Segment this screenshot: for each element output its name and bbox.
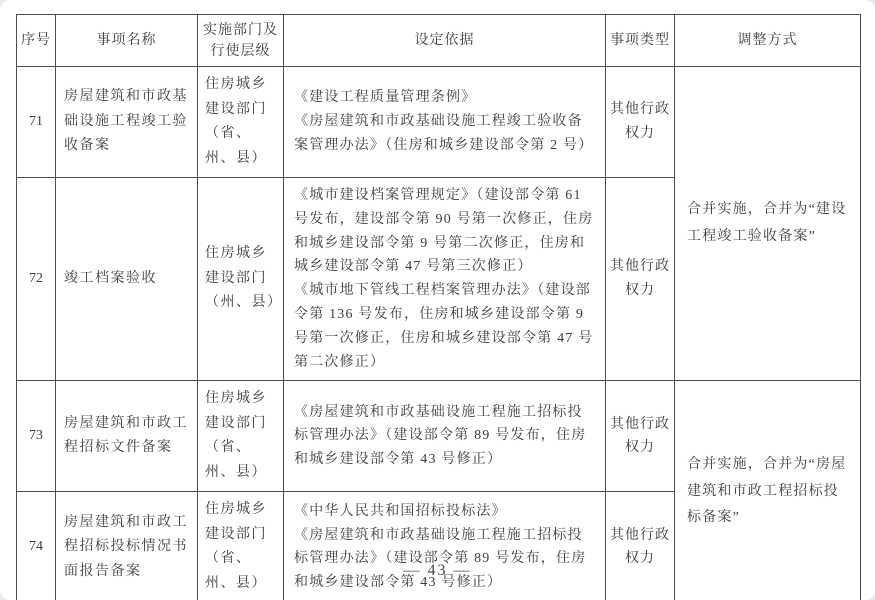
cell-department: 住房城乡建设部门（州、县）	[198, 178, 284, 381]
cell-item-name: 房屋建筑和市政工程招标文件备案	[56, 381, 198, 492]
legal-basis-line: 《中华人民共和国招标投标法》	[294, 500, 595, 524]
table-row: 71 房屋建筑和市政基础设施工程竣工验收备案 住房城乡建设部门（省、州、县） 《…	[17, 67, 861, 178]
header-serial-number: 序号	[17, 15, 56, 67]
cell-serial-number: 72	[17, 178, 56, 381]
cell-legal-basis: 《房屋建筑和市政基础设施工程施工招标投标管理办法》（建设部令第 89 号发布，住…	[284, 381, 606, 492]
cell-item-name: 竣工档案验收	[56, 178, 198, 381]
cell-serial-number: 71	[17, 67, 56, 178]
legal-basis-line: 《城市建设档案管理规定》（建设部令第 61 号发布，建设部令第 90 号第一次修…	[294, 184, 595, 279]
legal-basis-line: 《房屋建筑和市政基础设施工程施工招标投标管理办法》（建设部令第 89 号发布，住…	[294, 524, 595, 595]
cell-item-type: 其他行政权力	[606, 381, 675, 492]
page-number: — 43 —	[0, 562, 875, 580]
cell-item-type: 其他行政权力	[606, 492, 675, 600]
legal-basis-line: 《房屋建筑和市政基础设施工程竣工验收备案管理办法》（住房和城乡建设部令第 2 号…	[294, 110, 595, 158]
items-table: 序号 事项名称 实施部门及行使层级 设定依据 事项类型 调整方式 71 房屋建筑…	[16, 14, 861, 600]
cell-legal-basis: 《中华人民共和国招标投标法》 《房屋建筑和市政基础设施工程施工招标投标管理办法》…	[284, 492, 606, 600]
cell-department: 住房城乡建设部门（省、州、县）	[198, 67, 284, 178]
cell-serial-number: 74	[17, 492, 56, 600]
header-item-name: 事项名称	[56, 15, 198, 67]
header-adjustment-method: 调整方式	[675, 15, 861, 67]
table-header-row: 序号 事项名称 实施部门及行使层级 设定依据 事项类型 调整方式	[17, 15, 861, 67]
cell-item-name: 房屋建筑和市政基础设施工程竣工验收备案	[56, 67, 198, 178]
legal-basis-line: 《城市地下管线工程档案管理办法》（建设部令第 136 号发布，住房和城乡建设部令…	[294, 279, 595, 374]
document-page: 序号 事项名称 实施部门及行使层级 设定依据 事项类型 调整方式 71 房屋建筑…	[0, 0, 875, 600]
table-row: 73 房屋建筑和市政工程招标文件备案 住房城乡建设部门（省、州、县） 《房屋建筑…	[17, 381, 861, 492]
header-item-type: 事项类型	[606, 15, 675, 67]
cell-item-type: 其他行政权力	[606, 178, 675, 381]
legal-basis-line: 《房屋建筑和市政基础设施工程施工招标投标管理办法》（建设部令第 89 号发布，住…	[294, 401, 595, 472]
cell-adjustment-method: 合并实施，合并为“建设工程竣工验收备案”	[675, 67, 861, 381]
cell-legal-basis: 《城市建设档案管理规定》（建设部令第 61 号发布，建设部令第 90 号第一次修…	[284, 178, 606, 381]
cell-serial-number: 73	[17, 381, 56, 492]
cell-department: 住房城乡建设部门（省、州、县）	[198, 492, 284, 600]
legal-basis-line: 《建设工程质量管理条例》	[294, 86, 595, 110]
cell-department: 住房城乡建设部门（省、州、县）	[198, 381, 284, 492]
cell-item-name: 房屋建筑和市政工程招标投标情况书面报告备案	[56, 492, 198, 600]
header-legal-basis: 设定依据	[284, 15, 606, 67]
header-department: 实施部门及行使层级	[198, 15, 284, 67]
cell-legal-basis: 《建设工程质量管理条例》 《房屋建筑和市政基础设施工程竣工验收备案管理办法》（住…	[284, 67, 606, 178]
cell-item-type: 其他行政权力	[606, 67, 675, 178]
